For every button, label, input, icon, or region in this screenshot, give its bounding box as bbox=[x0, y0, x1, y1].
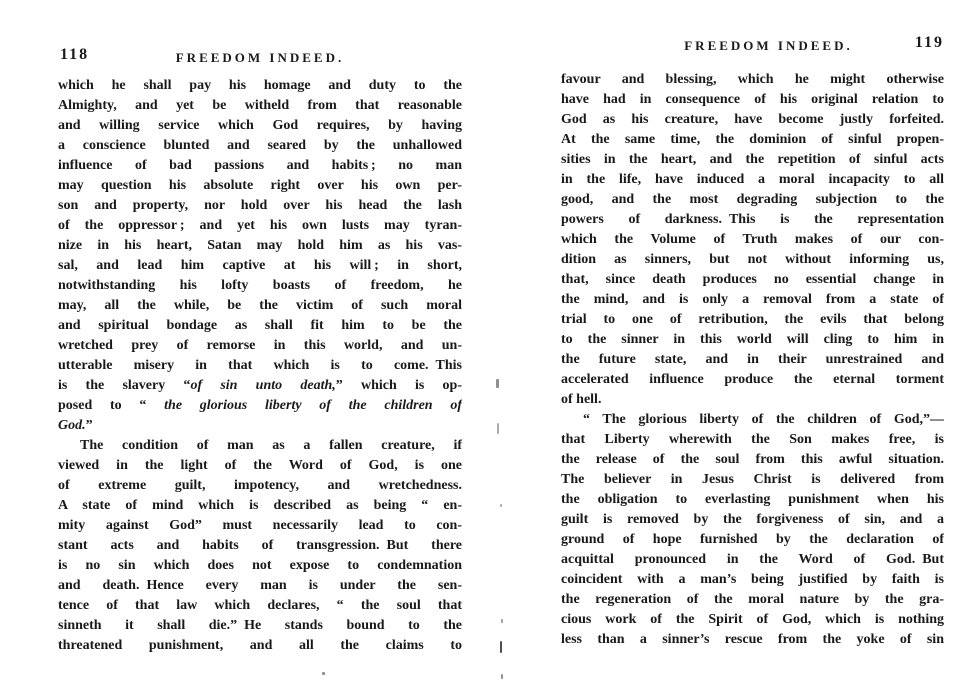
text-line: At the same time, the dominion of sinful… bbox=[561, 130, 944, 150]
text-line: the future state, and in their unrestrai… bbox=[561, 350, 944, 370]
text-line: accelerated influence produce the eterna… bbox=[561, 370, 944, 390]
text-line: wretched prey of remorse in this world, … bbox=[58, 336, 462, 356]
text-line: acquittal pronounced in the Word of God.… bbox=[561, 550, 944, 570]
text-line: trial to one of retribution, the evils t… bbox=[561, 310, 944, 330]
text-line: of hell. bbox=[561, 390, 944, 410]
text-line: is no sin which does not expose to conde… bbox=[58, 556, 462, 576]
scan-speck bbox=[500, 641, 502, 653]
page-number: 119 bbox=[915, 34, 944, 52]
text-line: The believer in Jesus Christ is delivere… bbox=[561, 470, 944, 490]
text-line: of extreme guilt, impotency, and wretche… bbox=[58, 476, 462, 496]
text-line: God.” bbox=[58, 416, 462, 436]
text-line: and death. Hence every man is under the … bbox=[58, 576, 462, 596]
text-line: that, since death produces no essential … bbox=[561, 270, 944, 290]
text-line: tence of that law which declares, “ the … bbox=[58, 596, 462, 616]
scan-speck bbox=[501, 619, 503, 623]
text-line: threatened punishment, and all the claim… bbox=[58, 636, 462, 656]
text-line: the obligation to everlasting punishment… bbox=[561, 490, 944, 510]
page-right: FREEDOM INDEED. 119 favour and blessing,… bbox=[561, 34, 944, 650]
text-line: the release of the soul from this awful … bbox=[561, 450, 944, 470]
running-head: FREEDOM INDEED. bbox=[577, 34, 960, 54]
text-line: good, and the most degrading subjection … bbox=[561, 190, 944, 210]
page-left-header: 118 FREEDOM INDEED. bbox=[58, 46, 462, 68]
page-left: 118 FREEDOM INDEED. which he shall pay h… bbox=[58, 46, 462, 656]
scan-speck bbox=[500, 504, 502, 507]
text-line: nize in his heart, Satan may hold him as… bbox=[58, 236, 462, 256]
text-line: dition as sinners, but not without infor… bbox=[561, 250, 944, 270]
text-line: influence of bad passions and habits ; n… bbox=[58, 156, 462, 176]
page-body: favour and blessing, which he might othe… bbox=[561, 70, 944, 650]
text-line: God as his creature, have become justly … bbox=[561, 110, 944, 130]
text-line: to the sinner in this world will cling t… bbox=[561, 330, 944, 350]
text-line: powers of darkness. This is the represen… bbox=[561, 210, 944, 230]
text-line: “ The glorious liberty of the children o… bbox=[561, 410, 944, 430]
text-line: the regeneration of the moral nature by … bbox=[561, 590, 944, 610]
text-line: sities in the heart, and the repetition … bbox=[561, 150, 944, 170]
text-line: A state of mind which is described as be… bbox=[58, 496, 462, 516]
text-line: guilt is removed by the forgiveness of s… bbox=[561, 510, 944, 530]
text-line: may, all the while, be the victim of suc… bbox=[58, 296, 462, 316]
text-line: son and property, nor hold over his head… bbox=[58, 196, 462, 216]
text-line: viewed in the light of the Word of God, … bbox=[58, 456, 462, 476]
text-line: cious work of the Spirit of God, which i… bbox=[561, 610, 944, 630]
text-line: stant acts and habits of transgression. … bbox=[58, 536, 462, 556]
text-line: coincident with a man’s being justified … bbox=[561, 570, 944, 590]
scan-speck bbox=[322, 672, 325, 675]
page-right-header: FREEDOM INDEED. 119 bbox=[561, 34, 944, 56]
text-line: favour and blessing, which he might othe… bbox=[561, 70, 944, 90]
text-line: is the slavery “of sin unto death,” whic… bbox=[58, 376, 462, 396]
text-line: sal, and lead him captive at his will ; … bbox=[58, 256, 462, 276]
page-body: which he shall pay his homage and duty t… bbox=[58, 76, 462, 656]
text-line: the mind, and is only a removal from a s… bbox=[561, 290, 944, 310]
scan-speck bbox=[501, 674, 503, 679]
text-line: and willing service which God requires, … bbox=[58, 116, 462, 136]
scan-speck bbox=[497, 423, 499, 434]
text-line: and spiritual bondage as shall fit him t… bbox=[58, 316, 462, 336]
text-line: mity against God” must necessarily lead … bbox=[58, 516, 462, 536]
text-line: ground of hope furnished by the declarat… bbox=[561, 530, 944, 550]
text-line: less than a sinner’s rescue from the yok… bbox=[561, 630, 944, 650]
running-head: FREEDOM INDEED. bbox=[58, 46, 462, 66]
text-line: Almighty, and yet be witheld from that r… bbox=[58, 96, 462, 116]
text-line: sinneth it shall die.” He stands bound t… bbox=[58, 616, 462, 636]
text-line: that Liberty wherewith the Son makes fre… bbox=[561, 430, 944, 450]
text-line: have had in consequence of his original … bbox=[561, 90, 944, 110]
text-line: notwithstanding his lofty boasts of free… bbox=[58, 276, 462, 296]
text-line: The condition of man as a fallen creatur… bbox=[58, 436, 462, 456]
text-line: may question his absolute right over his… bbox=[58, 176, 462, 196]
book-scan: 118 FREEDOM INDEED. which he shall pay h… bbox=[0, 0, 980, 684]
text-line: of the oppressor ; and yet his own lusts… bbox=[58, 216, 462, 236]
text-line: utterable misery in that which is to com… bbox=[58, 356, 462, 376]
text-line: posed to “ the glorious liberty of the c… bbox=[58, 396, 462, 416]
text-line: in the life, have induced a moral incapa… bbox=[561, 170, 944, 190]
page-number: 118 bbox=[60, 46, 89, 64]
text-line: a conscience blunted and seared by the u… bbox=[58, 136, 462, 156]
text-line: which the Volume of Truth makes of our c… bbox=[561, 230, 944, 250]
scan-speck bbox=[496, 379, 499, 388]
text-line: which he shall pay his homage and duty t… bbox=[58, 76, 462, 96]
